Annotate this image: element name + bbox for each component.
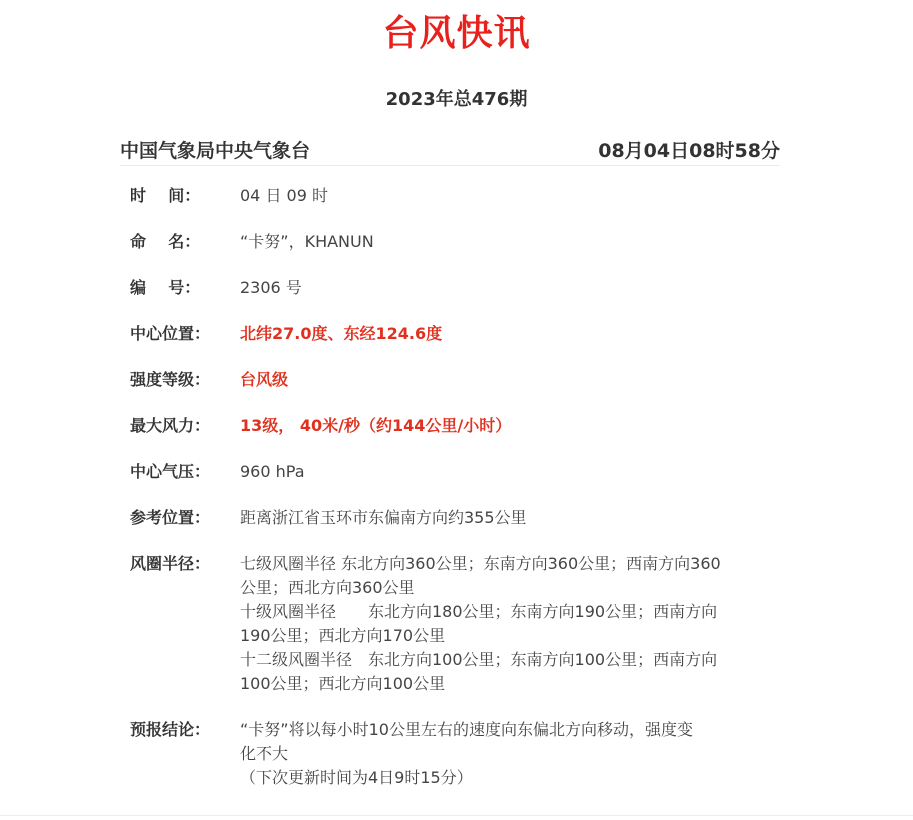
field-label: 强度等级： (130, 368, 240, 392)
field-label: 风圈半径： (130, 552, 240, 696)
header-divider (120, 165, 780, 166)
publish-time: 08月04日08时58分 (598, 136, 780, 163)
field-pressure: 中心气压： 960 hPa (130, 460, 770, 484)
page-title: 台风快讯 (0, 10, 913, 58)
field-center-position: 中心位置： 北纬27.0度、东经124.6度 (130, 322, 770, 346)
agency-name: 中国气象局中央气象台 (120, 136, 310, 163)
wind-radius-line: 十级风圈半径 东北方向180公里；东南方向190公里；西南方向 (240, 600, 770, 624)
wind-radius-line: 100公里；西北方向100公里 (240, 672, 770, 696)
field-label: 最大风力： (130, 414, 240, 438)
wind-radius-line: 十二级风圈半径 东北方向100公里；东南方向100公里；西南方向 (240, 648, 770, 672)
field-label: 中心位置： (130, 322, 240, 346)
field-label: 命 名： (130, 230, 240, 254)
field-label: 预报结论： (130, 718, 240, 790)
field-value: “卡努”将以每小时10公里左右的速度向东偏北方向移动，强度变 化不大 （下次更新… (240, 718, 770, 790)
field-value: 13级， 40米/秒（约144公里/小时） (240, 414, 770, 438)
field-value: 北纬27.0度、东经124.6度 (240, 322, 770, 346)
field-intensity: 强度等级： 台风级 (130, 368, 770, 392)
field-label: 中心气压： (130, 460, 240, 484)
field-value: 距离浙江省玉环市东偏南方向约355公里 (240, 506, 770, 530)
field-time: 时 间： 04 日 09 时 (130, 184, 770, 208)
field-number: 编 号： 2306 号 (130, 276, 770, 300)
next-update-note: （下次更新时间为4日9时15分） (240, 766, 770, 790)
forecast-line: 化不大 (240, 742, 770, 766)
footer-divider (0, 815, 913, 816)
field-wind-radius: 风圈半径： 七级风圈半径 东北方向360公里；东南方向360公里；西南方向360… (130, 552, 770, 696)
field-max-wind: 最大风力： 13级， 40米/秒（约144公里/小时） (130, 414, 770, 438)
field-value: 台风级 (240, 368, 770, 392)
bulletin-header: 中国气象局中央气象台 08月04日08时58分 (120, 134, 780, 164)
wind-radius-line: 七级风圈半径 东北方向360公里；东南方向360公里；西南方向360 (240, 552, 770, 576)
wind-radius-line: 190公里；西北方向170公里 (240, 624, 770, 648)
field-label: 时 间： (130, 184, 240, 208)
field-label: 参考位置： (130, 506, 240, 530)
issue-number: 2023年总476期 (0, 86, 913, 114)
field-forecast: 预报结论： “卡努”将以每小时10公里左右的速度向东偏北方向移动，强度变 化不大… (130, 718, 770, 790)
field-name: 命 名： “卡努”，KHANUN (130, 230, 770, 254)
field-label: 编 号： (130, 276, 240, 300)
field-value: 2306 号 (240, 276, 770, 300)
field-value: “卡努”，KHANUN (240, 230, 770, 254)
field-value: 七级风圈半径 东北方向360公里；东南方向360公里；西南方向360 公里；西北… (240, 552, 770, 696)
wind-radius-line: 公里；西北方向360公里 (240, 576, 770, 600)
field-value: 960 hPa (240, 460, 770, 484)
forecast-line: “卡努”将以每小时10公里左右的速度向东偏北方向移动，强度变 (240, 718, 770, 742)
field-reference: 参考位置： 距离浙江省玉环市东偏南方向约355公里 (130, 506, 770, 530)
field-value: 04 日 09 时 (240, 184, 770, 208)
